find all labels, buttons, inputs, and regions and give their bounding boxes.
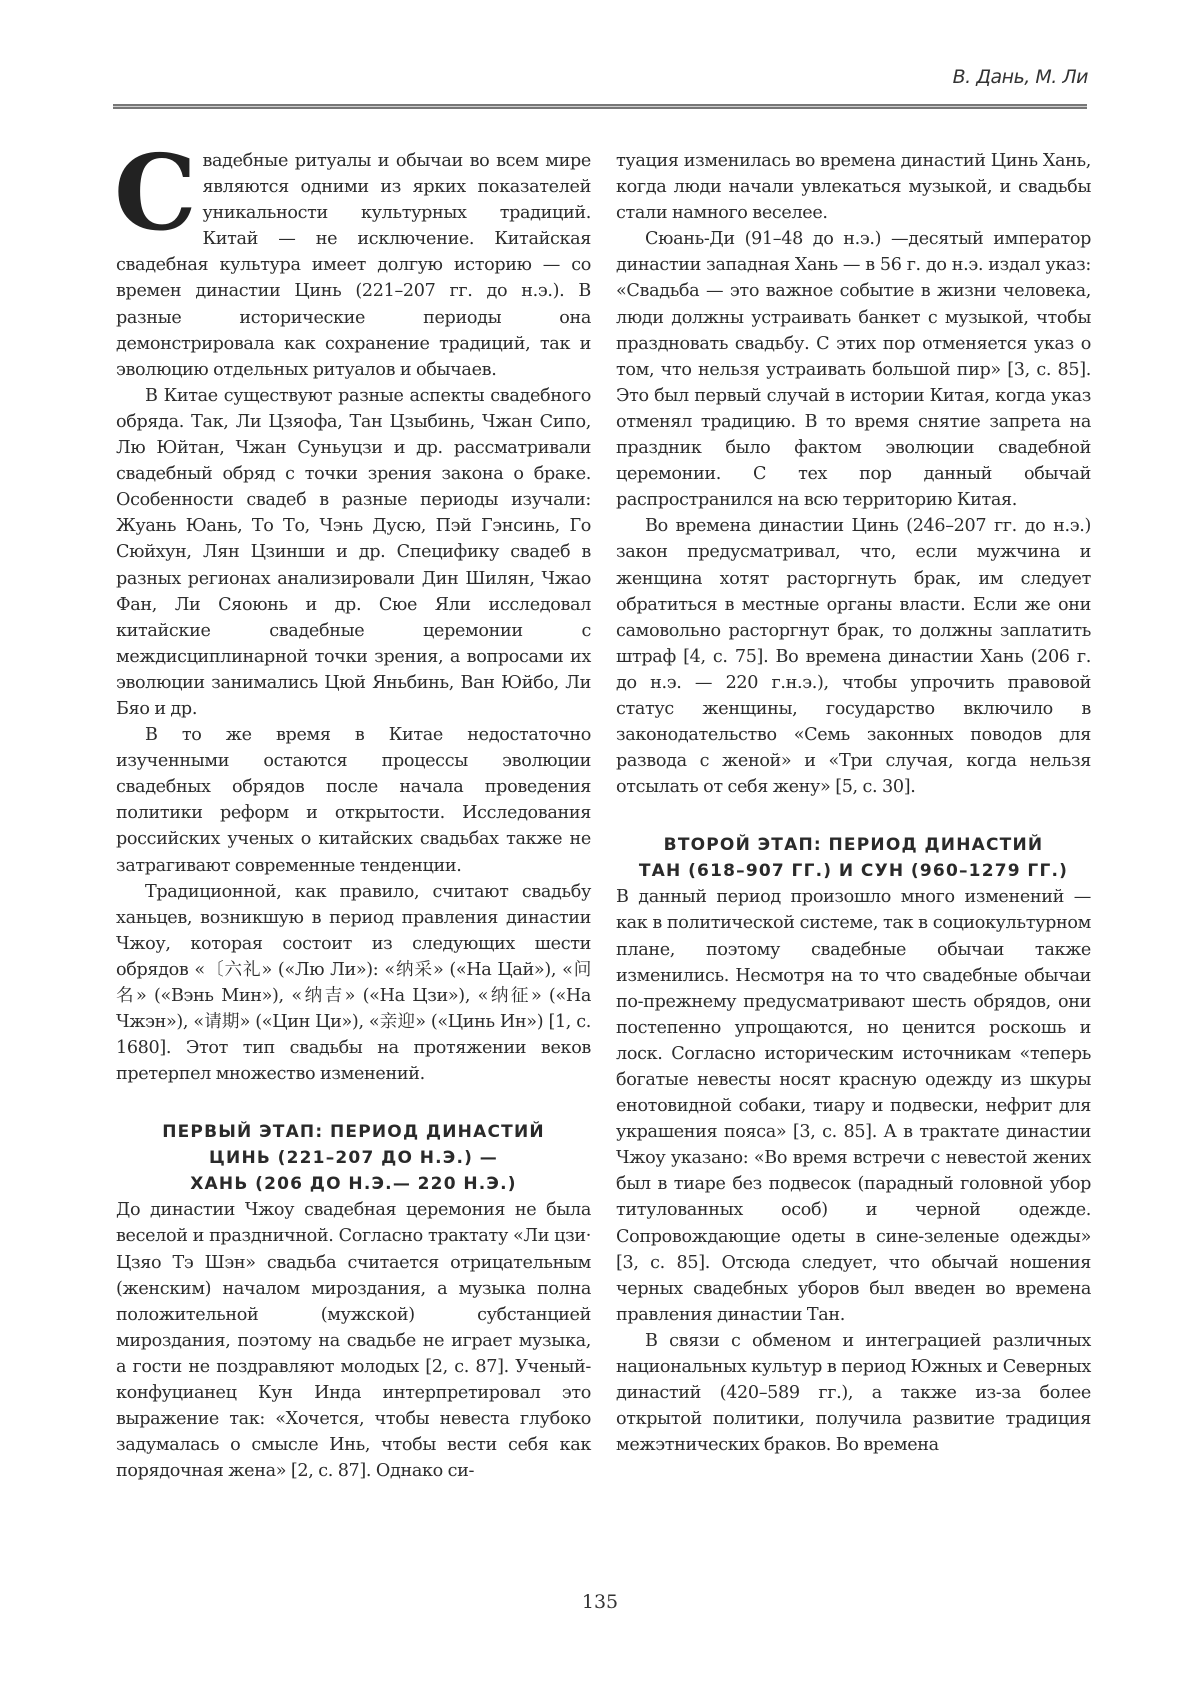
section-heading-first-stage: ПЕРВЫЙ ЭТАП: ПЕРИОД ДИНАСТИЙ ЦИНЬ (221–2… [116, 1119, 591, 1197]
section-heading-second-stage: ВТОРОЙ ЭТАП: ПЕРИОД ДИНАСТИЙ ТАН (618–90… [616, 832, 1091, 884]
right-column: туация изменилась во времена династий Ци… [616, 148, 1091, 1458]
heading-line: ЦИНЬ (221–207 ДО Н.Э.) — [116, 1145, 591, 1171]
header-rule [113, 104, 1087, 109]
page-number: 135 [0, 1591, 1200, 1613]
paragraph-intro: Свадебные ритуалы и обычаи во всем мире … [116, 148, 591, 383]
heading-line: ВТОРОЙ ЭТАП: ПЕРИОД ДИНАСТИЙ [616, 832, 1091, 858]
heading-line: ТАН (618–907 ГГ.) И СУН (960–1279 ГГ.) [616, 858, 1091, 884]
paragraph-zhou-ceremony: До династии Чжоу свадебная церемония не … [116, 1197, 591, 1484]
paragraph-research-gap: В то же время в Китае недостаточно изуче… [116, 722, 591, 879]
paragraph-six-rites: Традиционной, как правило, считают свадь… [116, 879, 591, 1088]
running-head: В. Дань, М. Ли [953, 66, 1088, 88]
paragraph-tang-song: В данный период произошло много изменени… [616, 884, 1091, 1328]
paragraph-continuation: туация изменилась во времена династий Ци… [616, 148, 1091, 226]
heading-line: ХАНЬ (206 ДО Н.Э.— 220 Н.Э.) [116, 1171, 591, 1197]
paragraph-qin-law: Во времена династии Цинь (246–207 гг. до… [616, 513, 1091, 800]
left-column: Свадебные ритуалы и обычаи во всем мире … [116, 148, 591, 1484]
paragraph-interethnic: В связи с обменом и интеграцией различны… [616, 1328, 1091, 1458]
drop-cap: С [114, 154, 196, 232]
paragraph-xuan-di: Сюань-Ди (91–48 до н.э.) —десятый импера… [616, 226, 1091, 513]
heading-line: ПЕРВЫЙ ЭТАП: ПЕРИОД ДИНАСТИЙ [116, 1119, 591, 1145]
paragraph-researchers: В Китае существуют разные аспекты свадеб… [116, 383, 591, 722]
